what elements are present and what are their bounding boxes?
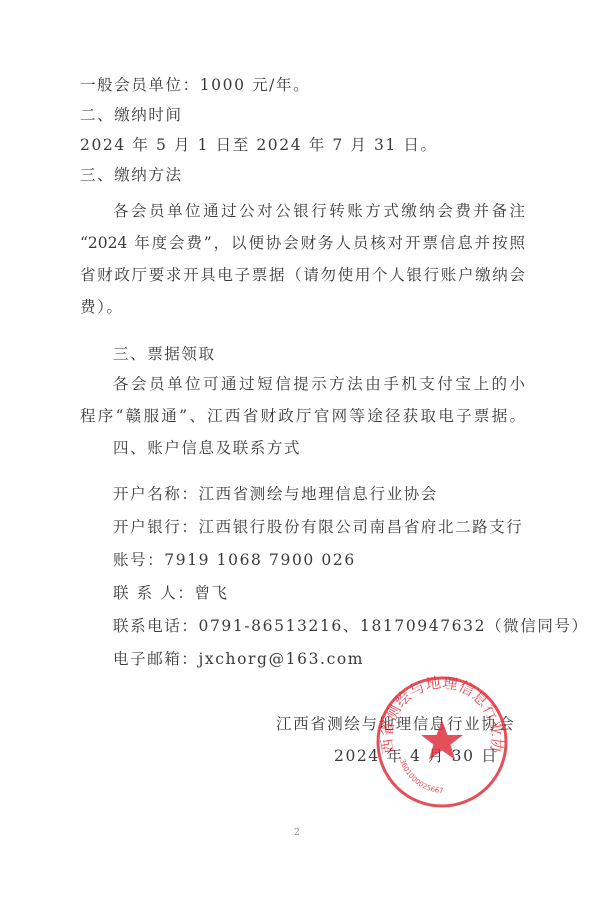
payment-period: 2024 年 5 月 1 日至 2024 年 7 月 31 日。 [80,134,525,156]
document-page: 一般会员单位：1000 元/年。 二、缴纳时间 2024 年 5 月 1 日至 … [0,0,600,900]
receipt-paragraph-line-1: 各会员单位可通过短信提示方法由手机支付宝上的小 [113,373,525,395]
section-heading-receipt: 三、票据领取 [113,343,525,365]
section-heading-account-info: 四、账户信息及联系方式 [113,437,525,459]
payment-method-paragraph-line-1: 各会员单位通过公对公银行转账方式缴纳会费并备注 [113,200,525,222]
fee-general-member: 一般会员单位：1000 元/年。 [80,74,525,96]
section-heading-payment-time: 二、缴纳时间 [80,104,525,126]
account-name: 开户名称：江西省测绘与地理信息行业协会 [113,483,525,505]
account-number: 账号：7919 1068 7900 026 [113,549,525,571]
page-number: 2 [294,828,300,838]
signature-organization: 江西省测绘与地理信息行业协会 [276,713,515,735]
receipt-paragraph-line-2: 程序“赣服通”、江西省财政厅官网等途径获取电子票据。 [80,405,525,427]
contact-email: 电子邮箱：jxchorg@163.com [113,648,525,670]
signature-date: 2024 年 4 月 30 日 [334,745,498,767]
payment-method-paragraph-line-3: 省财政厅要求开具电子票据（请勿使用个人银行账户缴纳会 [80,264,525,286]
payment-method-paragraph-line-4: 费）。 [80,296,525,318]
contact-phone: 联系电话：0791-86513216、18170947632（微信同号） [113,615,525,637]
contact-person: 联 系 人：曾飞 [113,582,525,604]
payment-method-paragraph-line-2: “2024 年度会费”，以便协会财务人员核对开票信息并按照 [80,232,525,254]
account-bank: 开户银行：江西银行股份有限公司南昌省府北二路支行 [113,516,525,538]
section-heading-payment-method: 三、缴纳方法 [80,164,525,186]
official-seal-icon: 江西省测绘与地理信息行业协会 3601000025667 [374,674,510,810]
